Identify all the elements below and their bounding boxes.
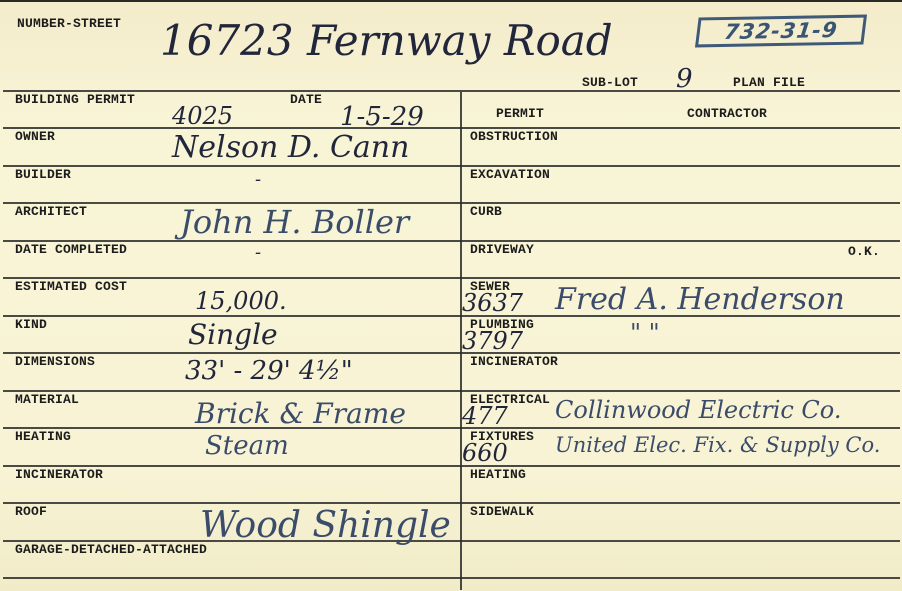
- rule-line: [461, 277, 900, 279]
- number-street-value: 16723 Fernway Road: [160, 20, 613, 62]
- date-value: 1-5-29: [340, 104, 424, 130]
- field-label-material: MATERIAL: [15, 393, 79, 406]
- field-label-builder: BUILDER: [15, 168, 71, 181]
- field-label-owner: OWNER: [15, 130, 55, 143]
- permit-number-sewer: 3637: [462, 291, 523, 315]
- sub-lot-label: SUB-LOT: [582, 76, 638, 89]
- permit-label-curb: CURB: [470, 205, 502, 218]
- permit-label-driveway: DRIVEWAY: [470, 243, 534, 256]
- field-value-dimensions: 33' - 29' 4½": [185, 358, 353, 384]
- permit-number-electrical: 477: [462, 404, 508, 428]
- stamp-text: 732-31-9: [723, 18, 839, 44]
- contractor-sewer: Fred A. Henderson: [555, 285, 845, 315]
- contractor-plumbing: " ": [630, 321, 660, 345]
- rule-line: [3, 315, 461, 317]
- field-label-roof: ROOF: [15, 505, 47, 518]
- field-label-kind: KIND: [15, 318, 47, 331]
- permit-header: PERMIT: [496, 107, 544, 120]
- permit-label-sidewalk: SIDEWALK: [470, 505, 534, 518]
- field-label-garage-detached-attached: GARAGE-DETACHED-ATTACHED: [15, 543, 207, 556]
- field-value-estimated-cost: 15,000.: [195, 289, 287, 313]
- field-label-incinerator: INCINERATOR: [15, 468, 103, 481]
- field-label-heating: HEATING: [15, 430, 71, 443]
- rule-line: [461, 465, 900, 467]
- rule-line: [3, 90, 900, 92]
- field-value-builder: -: [255, 171, 261, 189]
- field-value-kind: Single: [188, 321, 278, 349]
- permit-number-fixtures: 660: [462, 441, 508, 465]
- date-label: DATE: [290, 93, 322, 106]
- rule-line: [3, 577, 461, 579]
- note-driveway: O.K.: [848, 245, 880, 258]
- field-label-architect: ARCHITECT: [15, 205, 87, 218]
- contractor-fixtures: United Elec. Fix. & Supply Co.: [555, 435, 880, 456]
- rule-line: [461, 577, 900, 579]
- sub-lot-value: 9: [676, 66, 693, 92]
- field-value-material: Brick & Frame: [195, 400, 406, 428]
- permit-label-incinerator: INCINERATOR: [470, 355, 558, 368]
- field-value-roof: Wood Shingle: [200, 508, 451, 544]
- number-street-label: NUMBER-STREET: [17, 17, 121, 30]
- permit-label-excavation: EXCAVATION: [470, 168, 550, 181]
- field-label-dimensions: DIMENSIONS: [15, 355, 95, 368]
- field-value-building-permit: 4025: [172, 104, 233, 128]
- plan-file-label: PLAN FILE: [733, 76, 805, 89]
- field-label-estimated-cost: ESTIMATED COST: [15, 280, 127, 293]
- field-value-architect: John H. Boller: [180, 206, 409, 238]
- contractor-electrical: Collinwood Electric Co.: [555, 398, 841, 422]
- rule-line: [461, 202, 900, 204]
- rule-line: [3, 165, 461, 167]
- field-label-building-permit: BUILDING PERMIT: [15, 93, 135, 106]
- contractor-header: CONTRACTOR: [687, 107, 767, 120]
- field-label-date-completed: DATE COMPLETED: [15, 243, 127, 256]
- permit-card: NUMBER-STREET 16723 Fernway Road 732-31-…: [0, 0, 902, 591]
- rule-line: [3, 502, 461, 504]
- field-value-date-completed: -: [255, 244, 261, 262]
- permit-label-obstruction: OBSTRUCTION: [470, 130, 558, 143]
- permit-label-heating: HEATING: [470, 468, 526, 481]
- field-value-heating: Steam: [205, 433, 289, 459]
- file-number-stamp: 732-31-9: [695, 15, 867, 48]
- field-value-owner: Nelson D. Cann: [172, 133, 409, 163]
- rule-line: [461, 540, 900, 542]
- permit-number-plumbing: 3797: [462, 329, 523, 353]
